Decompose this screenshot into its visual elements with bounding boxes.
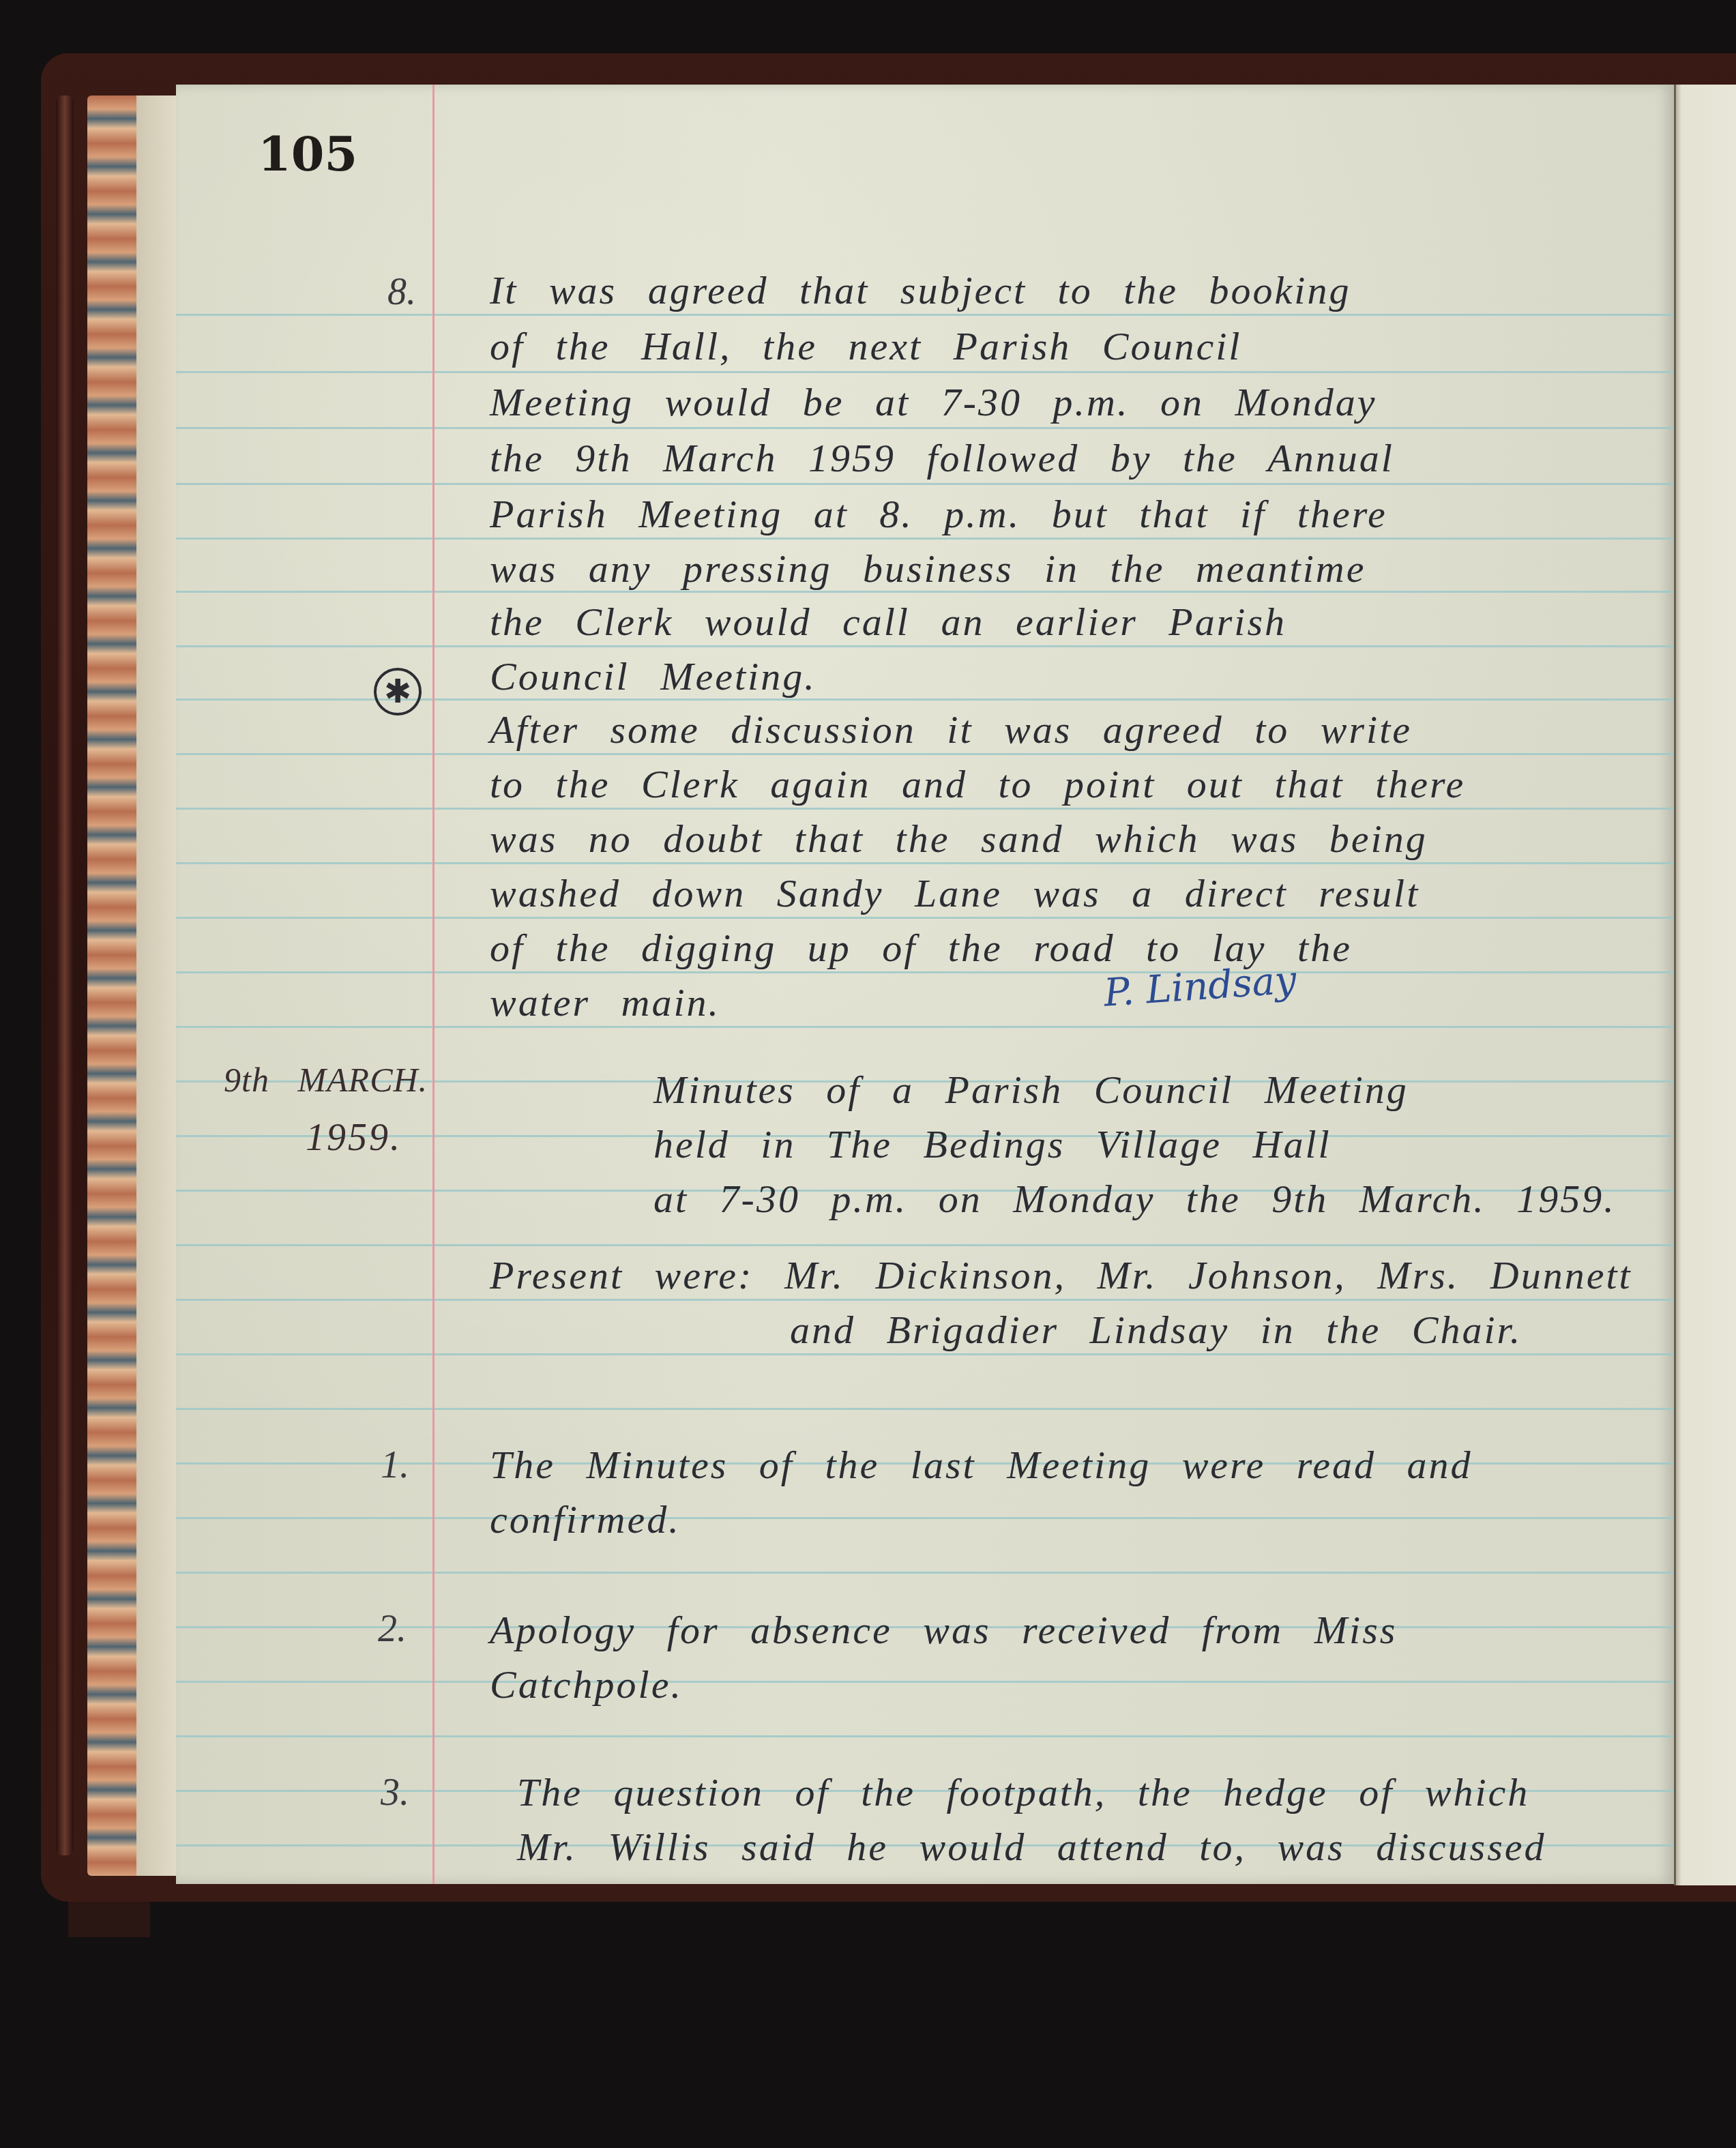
book-spine-edge	[56, 95, 74, 1855]
ruled-line	[176, 1735, 1674, 1737]
minute-line: Council Meeting.	[490, 653, 816, 699]
page-stack	[136, 95, 177, 1876]
ruled-line	[176, 1026, 1674, 1028]
meeting-heading-line: at 7-30 p.m. on Monday the 9th March. 19…	[653, 1176, 1616, 1222]
minute-line: confirmed.	[490, 1497, 681, 1542]
ribbon-bookmark	[68, 1896, 150, 1937]
ruled-line	[176, 1244, 1674, 1246]
minute-line: was any pressing business in the meantim…	[490, 546, 1366, 591]
minute-line: was no doubt that the sand which was bei…	[490, 816, 1428, 862]
minute-line: the 9th March 1959 followed by the Annua…	[490, 435, 1394, 481]
ruled-line	[176, 1353, 1674, 1355]
minute-line: Parish Meeting at 8. p.m. but that if th…	[490, 491, 1387, 537]
ruled-line	[176, 483, 1674, 485]
attendees-line: Present were: Mr. Dickinson, Mr. Johnson…	[490, 1252, 1632, 1298]
ruled-line	[176, 971, 1674, 973]
attendees-line: and Brigadier Lindsay in the Chair.	[790, 1307, 1522, 1353]
ruled-line	[176, 917, 1674, 919]
scanned-minute-book: 105 8. It was agreed that subject to the…	[0, 0, 1736, 2148]
meeting-heading-line: held in The Bedings Village Hall	[653, 1121, 1332, 1167]
facing-page-edge	[1674, 85, 1736, 1885]
minute-line: Mr. Willis said he would attend to, was …	[517, 1824, 1546, 1870]
ruled-line	[176, 314, 1674, 316]
margin-line	[432, 85, 435, 1884]
minute-line: Meeting would be at 7-30 p.m. on Monday	[490, 379, 1377, 425]
minute-line: The Minutes of the last Meeting were rea…	[490, 1442, 1472, 1488]
minute-line: washed down Sandy Lane was a direct resu…	[490, 870, 1419, 916]
ruled-line	[176, 371, 1674, 373]
item-number: 2.	[378, 1607, 407, 1651]
minute-line: It was agreed that subject to the bookin…	[490, 267, 1351, 313]
meeting-date-day: 9th MARCH.	[224, 1060, 428, 1100]
item-number: 1.	[381, 1443, 409, 1487]
item-number: 8.	[387, 270, 416, 314]
item-number: 3.	[381, 1771, 409, 1814]
meeting-date-year: 1959.	[306, 1116, 402, 1160]
minute-line: the Clerk would call an earlier Parish	[490, 599, 1286, 645]
minute-line: of the Hall, the next Parish Council	[490, 323, 1241, 369]
ruled-line	[176, 753, 1674, 755]
ruled-page: 105 8. It was agreed that subject to the…	[176, 85, 1674, 1884]
minute-line: After some discussion it was agreed to w…	[490, 707, 1412, 752]
ruled-line	[176, 862, 1674, 864]
page-number: 105	[258, 126, 357, 182]
minute-line: to the Clerk again and to point out that…	[490, 761, 1465, 807]
minute-line: Catchpole.	[490, 1662, 683, 1707]
minute-line: Apology for absence was received from Mi…	[490, 1607, 1397, 1653]
ruled-line	[176, 1299, 1674, 1301]
ruled-line	[176, 427, 1674, 429]
ruled-line	[176, 1681, 1674, 1683]
meeting-heading-line: Minutes of a Parish Council Meeting	[653, 1067, 1409, 1113]
ruled-line	[176, 1517, 1674, 1519]
minute-line: The question of the footpath, the hedge …	[517, 1769, 1529, 1815]
ruled-line	[176, 645, 1674, 647]
minute-line: water main.	[490, 980, 720, 1025]
asterisk-circle-icon: ✱	[374, 668, 422, 716]
ruled-line	[176, 538, 1674, 540]
ruled-line	[176, 1408, 1674, 1410]
ruled-line	[176, 808, 1674, 810]
ruled-line	[176, 1572, 1674, 1574]
